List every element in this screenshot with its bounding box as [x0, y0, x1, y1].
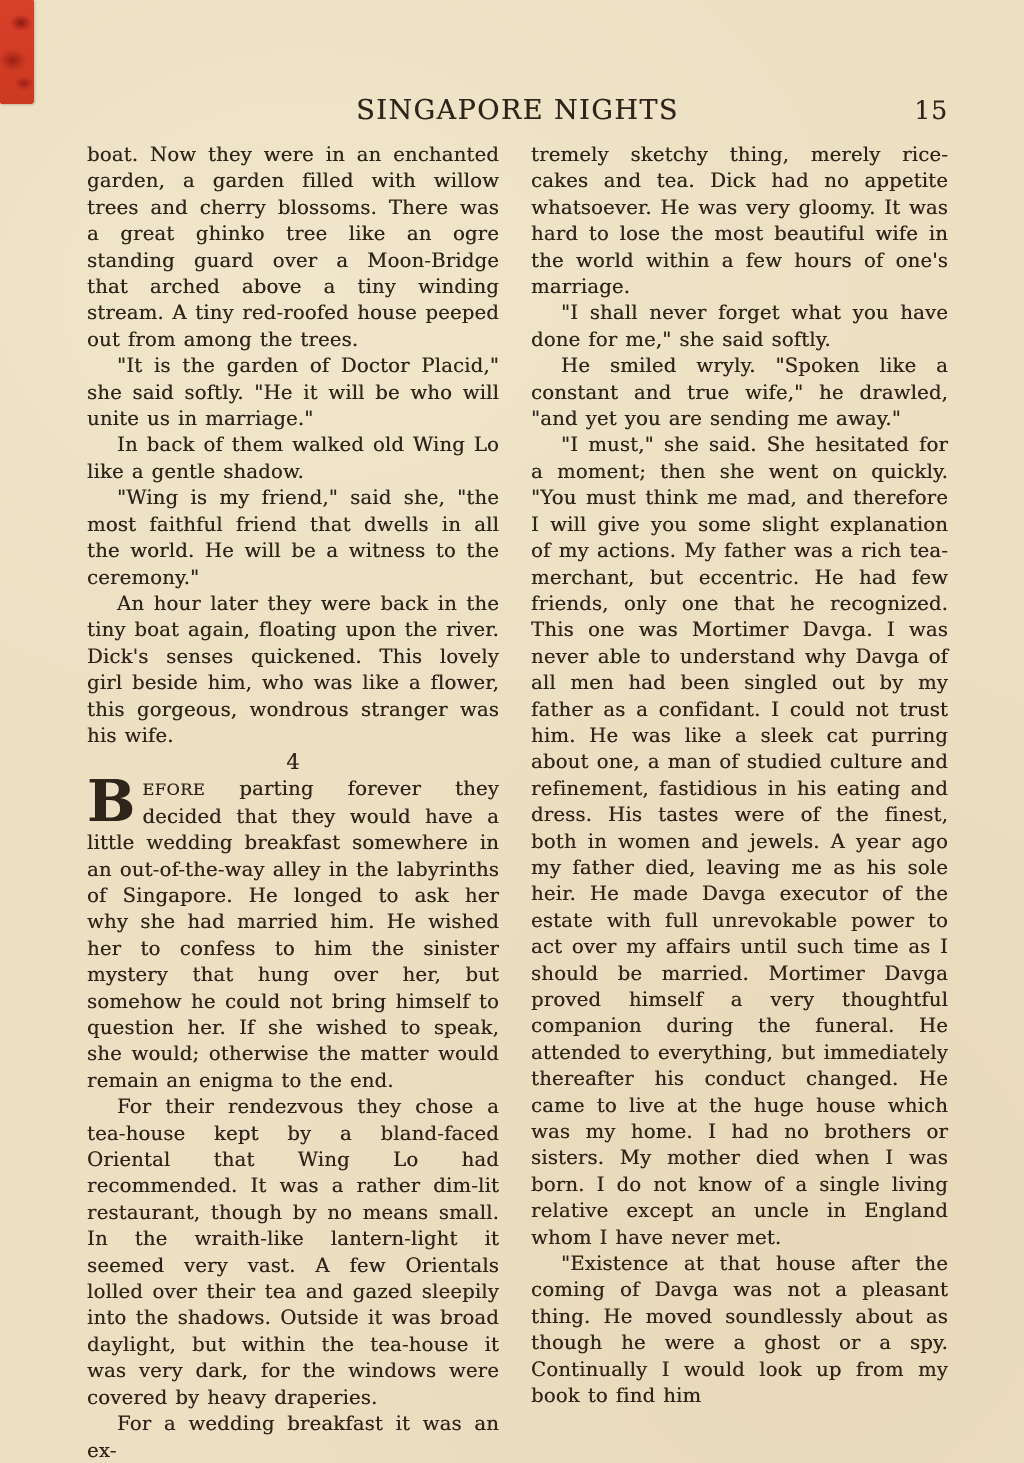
page-number: 15 [914, 96, 948, 125]
paragraph: He smiled wryly. "Spoken like a constant… [531, 353, 948, 432]
running-header-title: SINGAPORE NIGHTS [356, 95, 679, 126]
paragraph: An hour later they were back in the tiny… [87, 591, 499, 749]
paragraph: For a wedding breakfast it was an ex- [87, 1411, 499, 1463]
paragraph-dropcap: BEFORE parting forever they decided that… [87, 776, 499, 1094]
paragraph: In back of them walked old Wing Lo like … [87, 432, 499, 485]
red-bookmark-strip [0, 0, 34, 104]
paragraph: "It is the garden of Doctor Placid," she… [87, 353, 499, 432]
paragraph: tremely sketchy thing, merely rice-cakes… [531, 142, 948, 300]
section-number: 4 [87, 749, 499, 776]
paragraph: "Existence at that house after the comin… [531, 1251, 948, 1409]
paragraph: boat. Now they were in an enchanted gard… [87, 142, 499, 353]
paragraph: "I must," she said. She hesitated for a … [531, 432, 948, 1251]
right-column: tremely sketchy thing, merely rice-cakes… [531, 142, 948, 1410]
drop-cap-smallcaps: EFORE [142, 780, 205, 799]
paragraph: "I shall never forget what you have done… [531, 300, 948, 353]
paragraph-text: parting forever they decided that they w… [87, 777, 499, 1091]
left-column: boat. Now they were in an enchanted gard… [87, 142, 499, 1463]
running-header: SINGAPORE NIGHTS 15 [87, 95, 948, 127]
book-page: SINGAPORE NIGHTS 15 boat. Now they were … [0, 0, 1024, 1463]
paragraph: For their rendezvous they chose a tea-ho… [87, 1094, 499, 1411]
paragraph: "Wing is my friend," said she, "the most… [87, 485, 499, 591]
drop-cap-letter: B [87, 776, 142, 825]
